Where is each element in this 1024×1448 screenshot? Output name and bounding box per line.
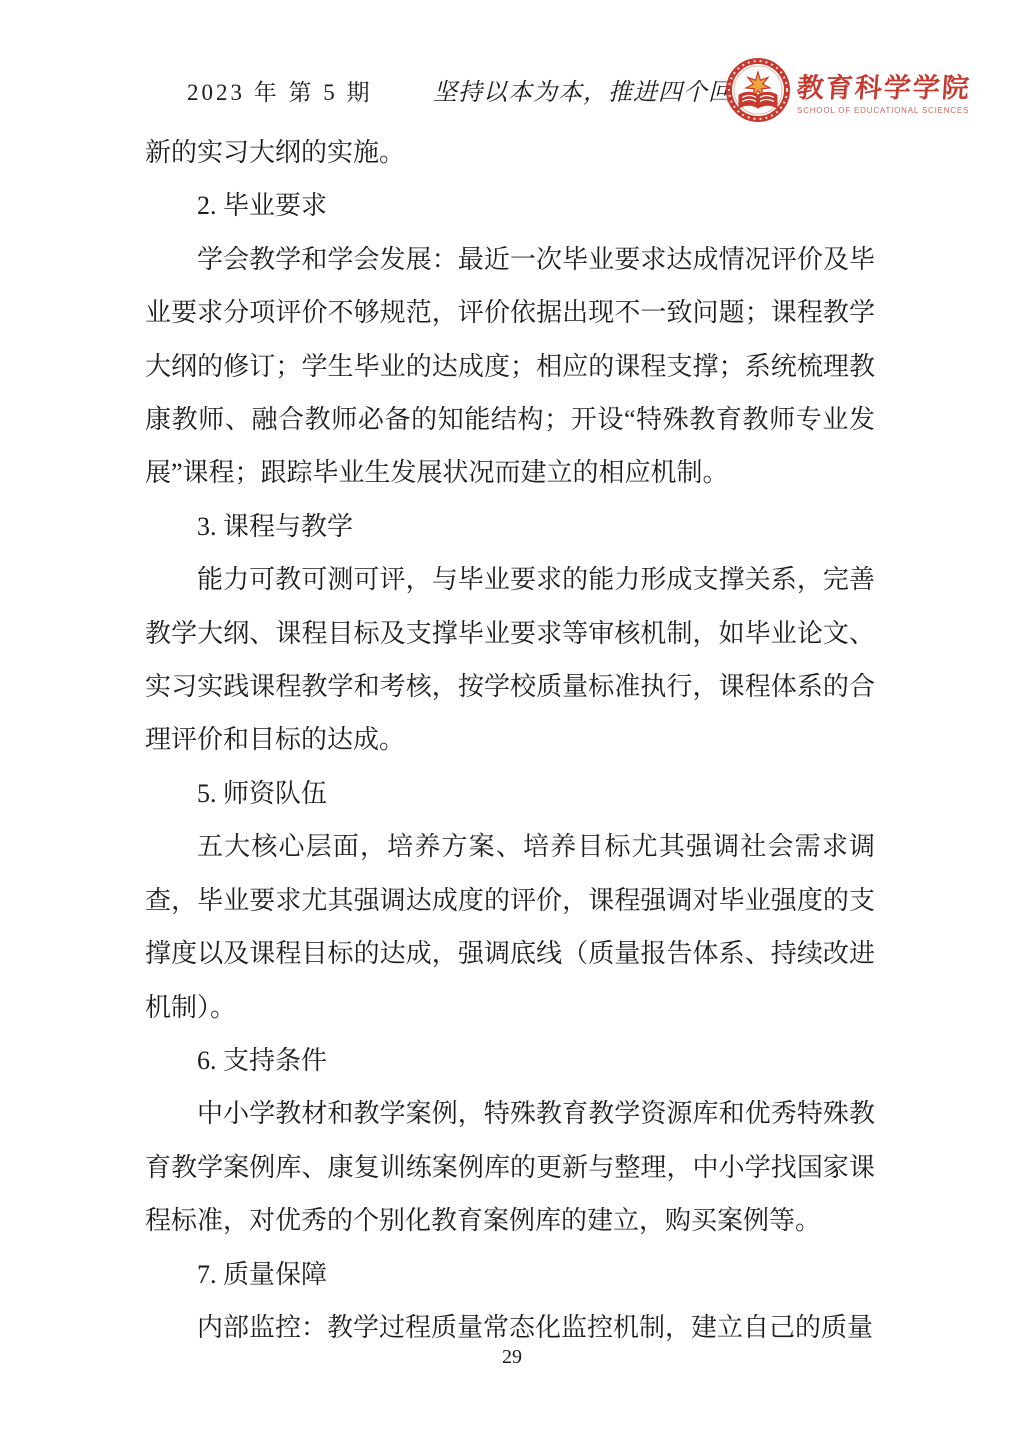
paragraph-continuation: 新的实习大纲的实施。 bbox=[145, 126, 875, 179]
page-header: 2023 年 第 5 期 坚持以本为本，推进四个回归 教育科学学院 bbox=[0, 58, 1024, 124]
school-name-chinese: 教育科学学院 bbox=[796, 66, 973, 105]
school-logo: 教育科学学院 SCHOOL OF EDUCATIONAL SCIENCES bbox=[726, 58, 971, 122]
body-paragraph: 能力可教可测可评，与毕业要求的能力形成支撑关系，完善教学大纲、课程目标及支撑毕业… bbox=[145, 553, 875, 767]
section-heading-graduation-requirements: 2. 毕业要求 bbox=[145, 179, 875, 232]
body-paragraph: 学会教学和学会发展：最近一次毕业要求达成情况评价及毕业要求分项评价不够规范，评价… bbox=[145, 233, 875, 500]
body-paragraph: 五大核心层面，培养方案、培养目标尤其强调社会需求调查，毕业要求尤其强调达成度的评… bbox=[145, 820, 875, 1034]
document-body: 新的实习大纲的实施。 2. 毕业要求 学会教学和学会发展：最近一次毕业要求达成情… bbox=[145, 126, 875, 1354]
page-number: 29 bbox=[0, 1346, 1024, 1369]
school-name-english: SCHOOL OF EDUCATIONAL SCIENCES bbox=[797, 106, 969, 115]
section-heading-quality-assurance: 7. 质量保障 bbox=[145, 1248, 875, 1301]
section-heading-support-conditions: 6. 支持条件 bbox=[145, 1034, 875, 1087]
school-logo-text: 教育科学学院 SCHOOL OF EDUCATIONAL SCIENCES bbox=[797, 66, 971, 115]
issue-label: 2023 年 第 5 期 bbox=[187, 74, 373, 107]
document-page: 2023 年 第 5 期 坚持以本为本，推进四个回归 教育科学学院 bbox=[0, 0, 1024, 1448]
section-heading-faculty: 5. 师资队伍 bbox=[145, 767, 875, 820]
school-seal-icon bbox=[726, 58, 790, 122]
section-heading-curriculum-teaching: 3. 课程与教学 bbox=[145, 500, 875, 553]
body-paragraph: 中小学教材和教学案例，特殊教育教学资源库和优秀特殊教育教学案例库、康复训练案例库… bbox=[145, 1087, 875, 1247]
header-slogan: 坚持以本为本，推进四个回归 bbox=[433, 72, 758, 107]
